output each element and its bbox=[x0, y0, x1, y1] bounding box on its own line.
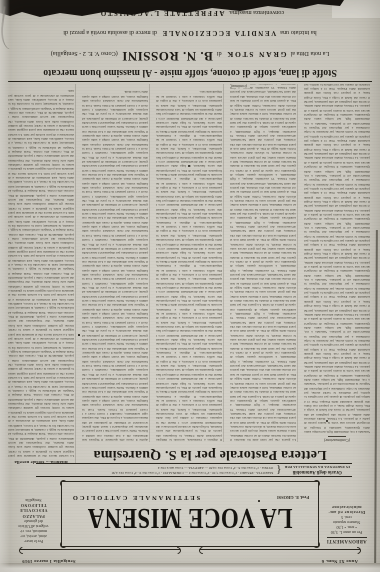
corner-flourish-icon bbox=[313, 480, 320, 487]
director-name: Prof. E. GROSSI bbox=[277, 496, 309, 501]
column-5: Bilancia.... sociale novella La società … bbox=[7, 84, 76, 464]
office-line: zioni, avvisi, co- bbox=[11, 534, 56, 539]
office-line: volgersi all'Ufficio bbox=[11, 524, 56, 529]
ad-text: di bbox=[217, 50, 222, 57]
bus-schedule-times: MAROTTA - PESARO - 1ª Corsa Ore 7,30 - 2… bbox=[112, 465, 273, 474]
subscriptions-header: ABBONAMENTI bbox=[327, 537, 367, 543]
bus-schedule-title: Orario degli Automobili bbox=[284, 470, 350, 475]
ad-brand: GRAN STOK bbox=[226, 50, 287, 59]
title-box: LA VOCE MISENA Prof. E. GROSSI SETTIMANA… bbox=[61, 481, 319, 547]
subscriptions-line: Numero separato bbox=[324, 520, 369, 525]
ad-separator-rule bbox=[8, 81, 372, 82]
masthead-subrow: Prof. E. GROSSI SETTIMANALE CATTOLICO bbox=[65, 495, 315, 502]
column-1: (Continuazione) Venendo a voi, dilettiss… bbox=[303, 84, 371, 442]
main-headline: Lettera Pastorale per la S. Quaresima bbox=[74, 446, 346, 462]
ad-emphasis: VENDITA ECCEZIONALE bbox=[161, 29, 276, 37]
article-columns: (Continuazione) Venendo a voi, dilettiss… bbox=[7, 84, 371, 442]
office-line: municati, ecc. ri- bbox=[11, 529, 56, 534]
column-2: La guerra che per tanti anni ha desolato… bbox=[229, 84, 298, 442]
bus-schedule-label: Orario degli Automobili IN PARTENZA DA S… bbox=[284, 466, 350, 475]
bus-schedule: Orario degli Automobili IN PARTENZA DA S… bbox=[36, 463, 352, 477]
ad-headline: Stoffe di lana, stoffe di cotone, stoffe… bbox=[15, 67, 364, 78]
ad-text: di merce di assoluta novità a prezzi di bbox=[63, 29, 157, 36]
newspaper-sheet: Anno XI Num. 6 Senigallia 1 marzo 1919 A… bbox=[0, 0, 380, 572]
curled-rule-left bbox=[200, 549, 360, 555]
column-text: Venendo a voi, dilettissimi figli, nel t… bbox=[304, 84, 370, 434]
continua-note: (continua) bbox=[231, 84, 250, 88]
advertisement: Stoffe di lana, stoffe di cotone, stoffe… bbox=[8, 6, 372, 78]
ink-speck bbox=[79, 335, 81, 337]
bus-schedule-subtitle: IN PARTENZA DA SENIGALLIA PER bbox=[284, 466, 350, 470]
ad-merchant-name: B. N. ROSSINI bbox=[122, 49, 213, 64]
subscriptions-line: Direzione ed am- bbox=[324, 510, 369, 515]
continuation-note: (Continuazione) bbox=[304, 436, 370, 442]
office-line: Per le inser- bbox=[11, 539, 56, 544]
scan-bottom-edge bbox=[0, 563, 380, 572]
newspaper-subtitle: SETTIMANALE CATTOLICO bbox=[71, 495, 200, 502]
corner-flourish-icon bbox=[60, 541, 67, 548]
subscriptions-line: cent. 5 bbox=[324, 515, 369, 520]
office-line: VESCOVILE bbox=[11, 508, 56, 513]
office-line: TELEFONO bbox=[11, 503, 56, 508]
office-line: del giornale bbox=[11, 519, 56, 524]
column-text: Il digiuno e l'astinenza, secondo le mit… bbox=[156, 91, 222, 443]
office-box: Per le inser- zioni, avvisi, co- municat… bbox=[11, 481, 56, 547]
ink-speck bbox=[259, 501, 261, 503]
column-text: Aprite il cuore alla speranza: il Signor… bbox=[82, 91, 148, 443]
masthead: ABBONAMENTI Per un anno L. 5,50 • sem. •… bbox=[11, 481, 369, 547]
brace-glyph: { bbox=[276, 465, 281, 475]
ink-speck bbox=[188, 165, 190, 167]
bus-schedule-line: MAROTTA - PESARO - 1ª Corsa Ore 7,30 - 2… bbox=[112, 470, 273, 475]
column-5-heading: Bilancia.... sociale novella bbox=[8, 460, 74, 464]
subscriptions-box: ABBONAMENTI Per un anno L. 5,50 • sem. •… bbox=[324, 481, 369, 547]
ad-address: (Corso V. E. 2 - Senigallia) bbox=[51, 50, 118, 57]
ad-line-3: ha iniziato una VENDITA ECCEZIONALE di m… bbox=[8, 26, 372, 44]
decorative-rules bbox=[20, 549, 360, 555]
column-text: La guerra che per tanti anni ha desolato… bbox=[230, 84, 296, 442]
column-3: Il digiuno e l'astinenza, secondo le mit… bbox=[155, 84, 224, 442]
office-line: Senigallia bbox=[11, 498, 56, 503]
subscriptions-line: Per un anno L. 5,50 bbox=[324, 530, 369, 535]
curled-rule-right bbox=[20, 549, 180, 555]
column-text: La società nuova che si annunzia non pot… bbox=[8, 89, 74, 458]
newspaper-scan: Anno XI Num. 6 Senigallia 1 marzo 1919 A… bbox=[0, 0, 380, 572]
newspaper-title: LA VOCE MISENA bbox=[87, 503, 292, 533]
ad-text: La nota Ditta al bbox=[291, 50, 330, 57]
ink-speck bbox=[326, 420, 328, 422]
office-line: PALAZZO bbox=[11, 513, 56, 518]
corner-flourish-icon bbox=[60, 480, 67, 487]
ad-line-2: La nota Ditta al GRAN STOK di B. N. ROSS… bbox=[8, 47, 372, 65]
ad-text: ha iniziato una bbox=[280, 29, 316, 36]
corner-flourish-icon bbox=[313, 541, 320, 548]
column-4: Aprite il cuore alla speranza: il Signor… bbox=[81, 84, 150, 442]
